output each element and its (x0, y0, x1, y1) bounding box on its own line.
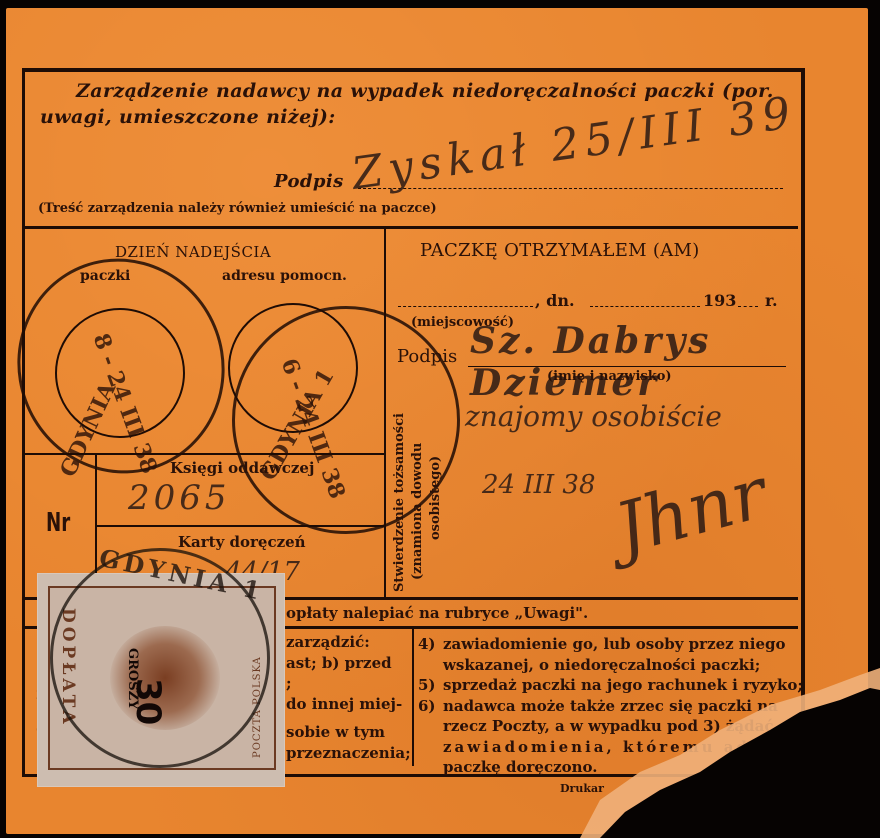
instructions-left: zarządzić: ast; b) przed ; do innej miej… (286, 632, 411, 763)
fees-note: opłaty nalepiać na rubryce „Uwagi". (286, 604, 588, 622)
handwritten-receiver-signature: Sz. Dabrys Dziemer (470, 320, 880, 404)
sender-instruction-line1: Zarządzenie nadawcy na wypadek niedoręcz… (76, 80, 774, 102)
divider (24, 226, 798, 229)
year-line (738, 306, 758, 307)
divider (412, 628, 414, 766)
printer-line: Drukar (560, 782, 604, 795)
book-number-value: 2065 (128, 478, 231, 518)
postmark-notice (232, 306, 460, 534)
identity-label-line1: Stwierdzenie tożsamości (392, 413, 407, 592)
date-prefix: , dn. (535, 291, 575, 310)
received-title: PACZKĘ OTRZYMAŁEM (AM) (420, 240, 700, 261)
arrival-title: DZIEŃ NADEJŚCIA (115, 243, 271, 261)
sender-signature-label: Podpis (274, 171, 344, 192)
arrival-col-notice: adresu pomocn. (222, 268, 347, 284)
handwritten-identity-line1: znajomy osobiście (465, 400, 722, 433)
identity-label-line2: (znamiona dowodu (410, 443, 425, 580)
number-label: Nr (46, 508, 70, 538)
book-label: Księgi oddawczej (170, 459, 314, 477)
place-line (398, 306, 533, 307)
year-suffix: r. (765, 291, 778, 310)
name-label: (imię i nazwisko) (547, 369, 672, 384)
handwritten-identity-line2: 24 III 38 (482, 470, 596, 500)
sender-instruction-line2: uwagi, umieszczone niżej): (40, 106, 336, 128)
postage-due-stamp: DOPŁATA POCZTA POLSKA 30 GROSZY GDYNIA 1 (38, 574, 284, 786)
identity-label-line3: osobistego) (428, 456, 443, 540)
date-line (590, 306, 700, 307)
divider (97, 525, 385, 527)
instructions-right: 4)zawiadomienie go, lub osoby przez nieg… (418, 634, 845, 778)
year-prefix: 193 (703, 291, 736, 310)
header-note: (Treść zarządzenia należy również umieśc… (38, 201, 437, 216)
delivery-card-label: Karty doręczeń (178, 533, 306, 551)
divider (24, 453, 386, 455)
received-signature-label: Podpis (397, 346, 457, 367)
